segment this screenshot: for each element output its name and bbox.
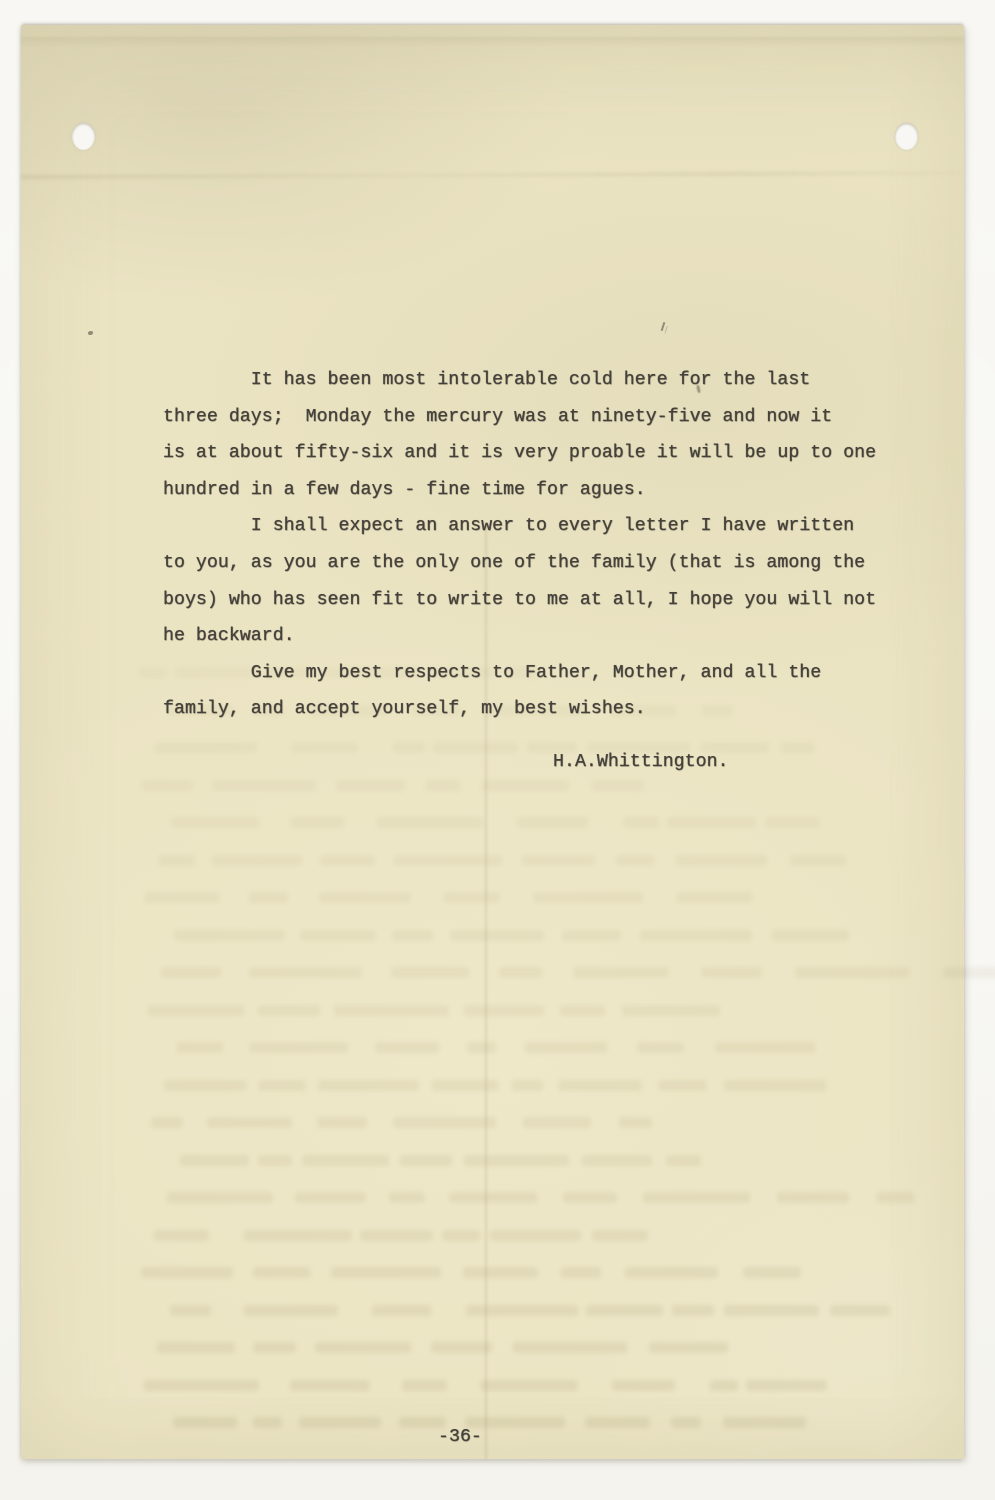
letter-line: Give my best respects to Father, Mother,… [163, 655, 923, 692]
letter-line: three days; Monday the mercury was at ni… [163, 399, 923, 436]
letter-line: It has been most intolerable cold here f… [163, 362, 923, 399]
letter-body: It has been most intolerable cold here f… [163, 362, 923, 781]
page-number: -36- [438, 1424, 482, 1450]
letter-line: to you, as you are the only one of the f… [163, 545, 923, 582]
signature: H.A.Whittington. [553, 744, 923, 781]
letter-line: boys) who has seen fit to write to me at… [163, 582, 923, 619]
letter-paper: It has been most intolerable cold here f… [21, 25, 964, 1459]
letter-line: he backward. [163, 618, 923, 655]
letter-line: is at about fifty-six and it is very pro… [163, 435, 923, 472]
ink-speck [88, 331, 93, 335]
letter-line: family, and accept yourself, my best wis… [163, 691, 923, 728]
scanner-background: It has been most intolerable cold here f… [0, 0, 995, 1500]
letter-line: hundred in a few days - fine time for ag… [163, 472, 923, 509]
letter-line: I shall expect an answer to every letter… [163, 508, 923, 545]
